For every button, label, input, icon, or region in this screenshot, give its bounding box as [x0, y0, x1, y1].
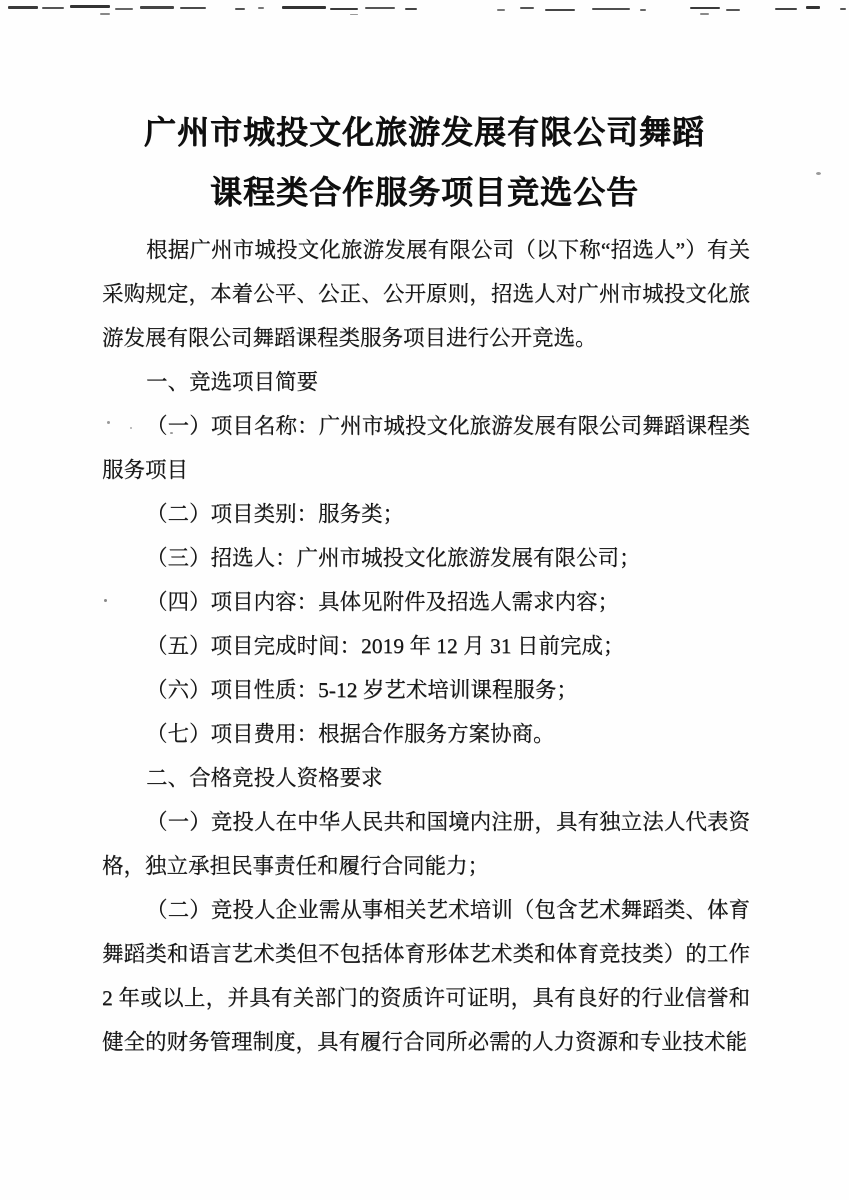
section-1-item-7-cost: （七）项目费用：根据合作服务方案协商。: [102, 712, 750, 756]
section-1-item-4-content: （四）项目内容：具体见附件及招选人需求内容；: [102, 580, 750, 624]
section-1-heading: 一、竞选项目简要: [102, 360, 750, 404]
section-2-item-1: （一）竞投人在中华人民共和国境内注册，具有独立法人代表资格，独立承担民事责任和履…: [102, 800, 750, 888]
section-1-item-2-category: （二）项目类别：服务类；: [102, 492, 750, 536]
document-title-line-1: 广州市城投文化旅游发展有限公司舞蹈: [0, 102, 849, 162]
document-body: 根据广州市城投文化旅游发展有限公司（以下称“招选人”）有关采购规定，本着公平、公…: [102, 228, 750, 1064]
section-2-heading: 二、合格竞投人资格要求: [102, 756, 750, 800]
scanned-document-page: 广州市城投文化旅游发展有限公司舞蹈 课程类合作服务项目竞选公告 根据广州市城投文…: [0, 0, 849, 1200]
section-1-item-6-nature: （六）项目性质：5-12 岁艺术培训课程服务；: [102, 668, 750, 712]
section-2-item-2: （二）竞投人企业需从事相关艺术培训（包含艺术舞蹈类、体育舞蹈类和语言艺术类但不包…: [102, 888, 750, 1064]
scan-noise-band: [0, 0, 849, 20]
section-1-item-3-tenderee: （三）招选人：广州市城投文化旅游发展有限公司；: [102, 536, 750, 580]
section-1-item-1-name: （一）项目名称：广州市城投文化旅游发展有限公司舞蹈课程类服务项目: [102, 404, 750, 492]
document-title-line-2: 课程类合作服务项目竞选公告: [0, 162, 849, 222]
section-1-item-5-deadline: （五）项目完成时间：2019 年 12 月 31 日前完成；: [102, 624, 750, 668]
paragraph-intro: 根据广州市城投文化旅游发展有限公司（以下称“招选人”）有关采购规定，本着公平、公…: [102, 228, 750, 360]
document-title: 广州市城投文化旅游发展有限公司舞蹈 课程类合作服务项目竞选公告: [0, 102, 849, 222]
